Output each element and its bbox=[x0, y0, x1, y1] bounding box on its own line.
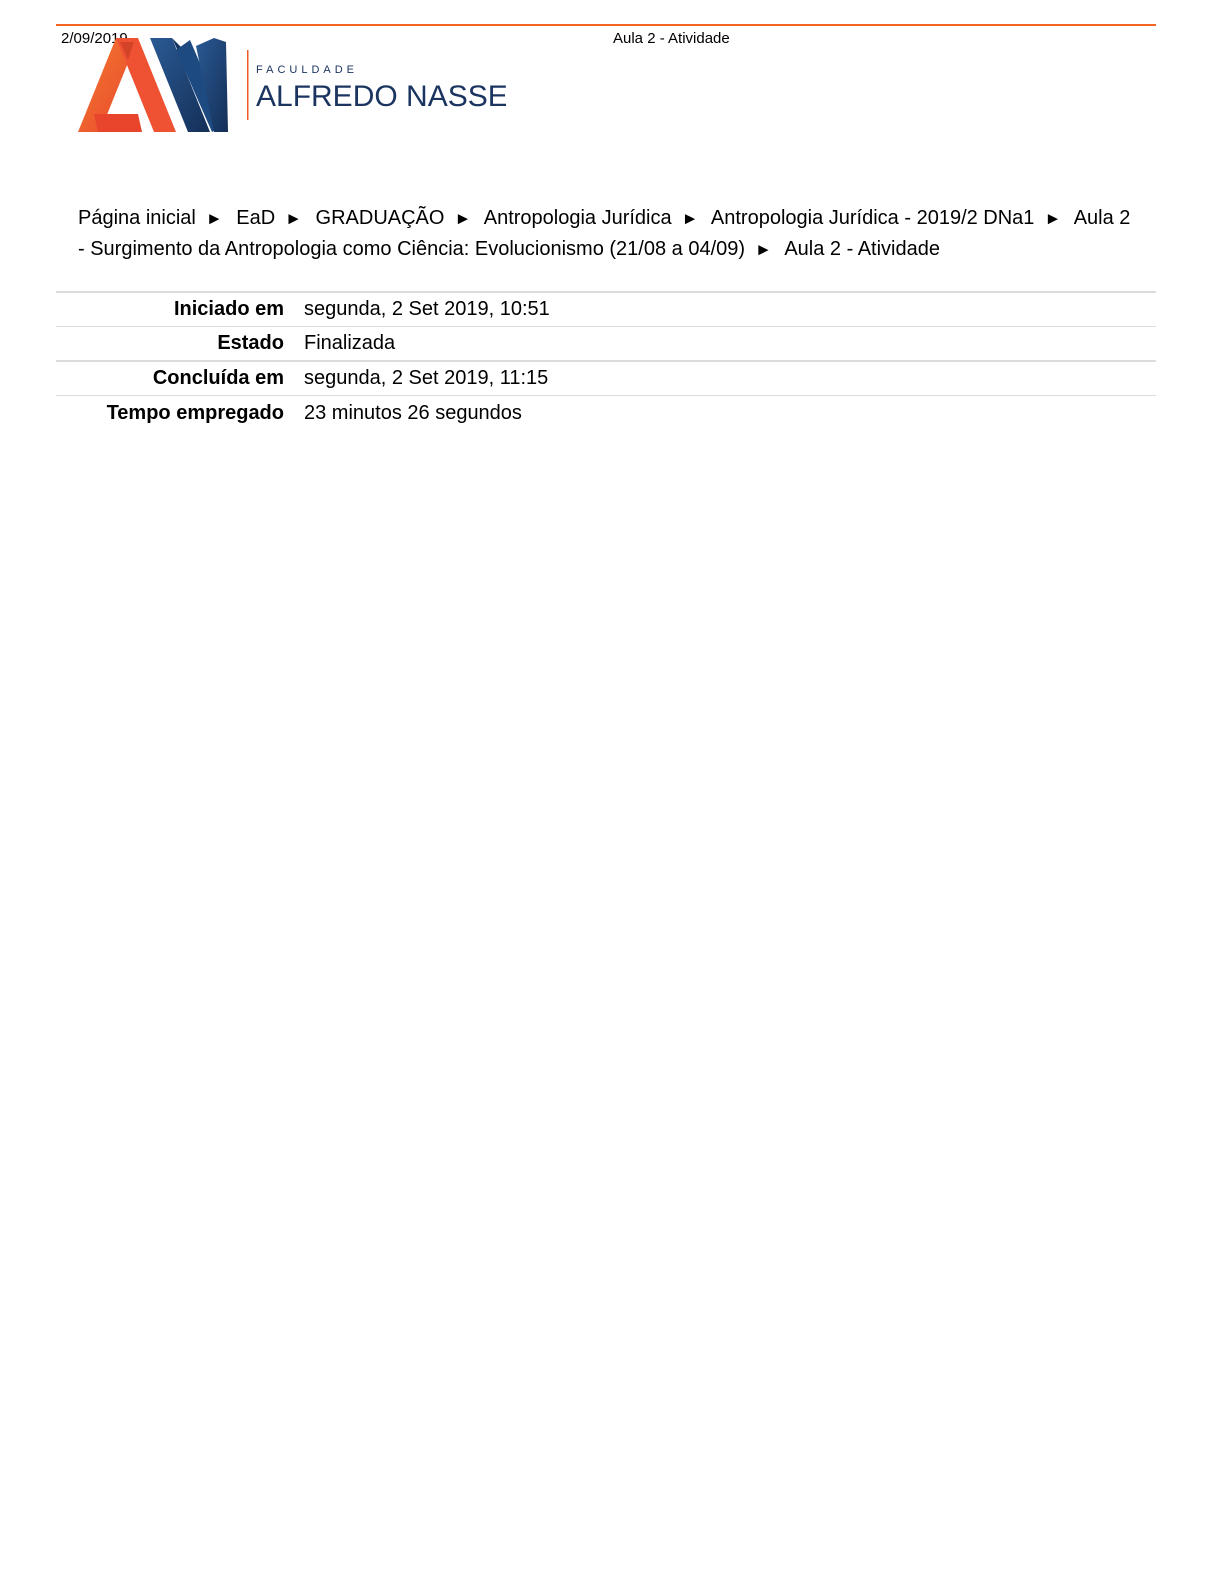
table-row: Estado Finalizada bbox=[56, 327, 1156, 362]
an-monogram-icon: FACULDADE ALFREDO NASSER bbox=[76, 36, 506, 136]
summary-value-completed: segunda, 2 Set 2019, 11:15 bbox=[304, 361, 1156, 396]
summary-label-started: Iniciado em bbox=[56, 292, 304, 327]
table-row: Concluída em segunda, 2 Set 2019, 11:15 bbox=[56, 361, 1156, 396]
breadcrumb-home[interactable]: Página inicial bbox=[78, 207, 196, 229]
summary-label-completed: Concluída em bbox=[56, 361, 304, 396]
table-row: Tempo empregado 23 minutos 26 segundos bbox=[56, 396, 1156, 431]
table-row: Iniciado em segunda, 2 Set 2019, 10:51 bbox=[56, 292, 1156, 327]
print-page-title: Aula 2 - Atividade bbox=[613, 30, 730, 48]
breadcrumb-graduacao[interactable]: GRADUAÇÃO bbox=[316, 207, 445, 229]
summary-value-state: Finalizada bbox=[304, 327, 1156, 362]
summary-value-time-taken: 23 minutos 26 segundos bbox=[304, 396, 1156, 431]
triangle-right-icon: ► bbox=[285, 204, 302, 234]
breadcrumb-activity[interactable]: Aula 2 - Atividade bbox=[784, 238, 940, 260]
triangle-right-icon: ► bbox=[755, 235, 772, 265]
breadcrumb-course[interactable]: Antropologia Jurídica - 2019/2 DNa1 bbox=[711, 207, 1035, 229]
svg-text:FACULDADE: FACULDADE bbox=[256, 64, 358, 76]
summary-value-started: segunda, 2 Set 2019, 10:51 bbox=[304, 292, 1156, 327]
institution-logo[interactable]: FACULDADE ALFREDO NASSER bbox=[76, 36, 506, 136]
triangle-right-icon: ► bbox=[454, 204, 471, 234]
summary-label-time-taken: Tempo empregado bbox=[56, 396, 304, 431]
attempt-summary-table: Iniciado em segunda, 2 Set 2019, 10:51 E… bbox=[56, 291, 1156, 430]
breadcrumb-ead[interactable]: EaD bbox=[236, 207, 275, 229]
summary-label-state: Estado bbox=[56, 327, 304, 362]
svg-text:ALFREDO NASSER: ALFREDO NASSER bbox=[256, 80, 506, 113]
breadcrumb-course-category[interactable]: Antropologia Jurídica bbox=[484, 207, 672, 229]
triangle-right-icon: ► bbox=[1044, 204, 1061, 234]
triangle-right-icon: ► bbox=[206, 204, 223, 234]
print-header-rule bbox=[56, 24, 1156, 26]
breadcrumb: Página inicial► EaD► GRADUAÇÃO► Antropol… bbox=[78, 203, 1138, 265]
triangle-right-icon: ► bbox=[682, 204, 699, 234]
